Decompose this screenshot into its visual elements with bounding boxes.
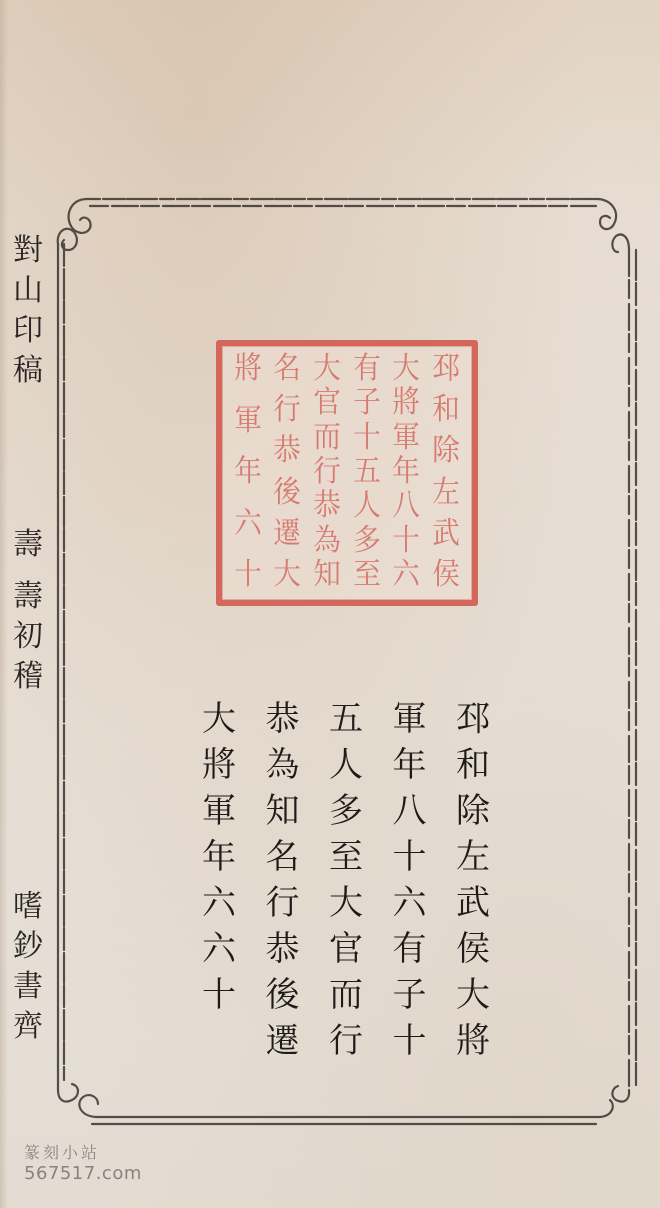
text-char: 行 [266, 886, 300, 932]
seal-column: 名 行 恭 後 遷 大 [268, 354, 308, 592]
seal-char: 六 [234, 509, 262, 541]
book-title-char: 對 [13, 236, 43, 276]
text-char: 至 [329, 840, 363, 886]
text-char: 邳 [456, 702, 490, 748]
seal-char: 軍 [234, 406, 262, 438]
text-char: 而 [329, 978, 363, 1024]
text-char: 知 [266, 794, 300, 840]
text-column: 邳 和 除 左 武 侯 大 將 [450, 702, 496, 1082]
publisher-char: 齊 [13, 1012, 43, 1052]
seal-char: 官 [313, 388, 341, 420]
text-char: 軍 [393, 702, 427, 748]
publisher-name-vertical: 嗜 鈔 書 齊 [8, 892, 48, 1052]
text-char: 大 [202, 702, 236, 748]
text-char: 名 [266, 840, 300, 886]
seal-char: 大 [393, 354, 421, 386]
text-char: 大 [456, 978, 490, 1024]
seal-column: 邳 和 除 左 武 侯 [426, 354, 466, 592]
seal-char: 十 [353, 423, 381, 455]
text-char: 有 [393, 932, 427, 978]
book-title-vertical: 對 山 印 稿 [8, 236, 48, 396]
seal-char: 人 [353, 491, 381, 523]
seal-char: 將 [393, 388, 421, 420]
text-char: 官 [329, 932, 363, 978]
publisher-char: 書 [13, 972, 43, 1012]
seal-inscription-transcription: 邳 和 除 左 武 侯 大 將 軍 年 八 十 六 有 子 十 五 人 多 至 … [196, 702, 496, 1082]
text-char: 除 [456, 794, 490, 840]
text-column: 恭 為 知 名 行 恭 後 遷 [260, 702, 306, 1082]
book-title-char: 山 [13, 276, 43, 316]
seal-char: 恭 [313, 491, 341, 523]
book-title-char: 稿 [13, 356, 43, 396]
seal-char: 子 [353, 388, 381, 420]
author-char: 稽 [13, 662, 43, 702]
text-char: 和 [456, 748, 490, 794]
seal-char: 八 [393, 491, 421, 523]
seal-char: 而 [313, 423, 341, 455]
watermark-site-name: 篆刻小站 [24, 1143, 142, 1163]
seal-char: 至 [353, 560, 381, 592]
seal-char: 年 [234, 457, 262, 489]
text-column: 軍 年 八 十 六 有 子 十 [387, 702, 433, 1082]
text-char: 大 [329, 886, 363, 932]
text-char: 將 [456, 1024, 490, 1070]
text-char: 年 [393, 748, 427, 794]
text-char: 八 [393, 794, 427, 840]
seal-char: 左 [432, 478, 460, 510]
site-watermark: 篆刻小站 567517.com [24, 1143, 142, 1186]
text-char: 遷 [266, 1024, 300, 1070]
text-char: 行 [329, 1024, 363, 1070]
red-seal-impression: 邳 和 除 左 武 侯 大 將 軍 年 八 十 六 有 子 十 五 人 多 至 … [216, 340, 478, 606]
text-column: 大 將 軍 年 六 六 十 [196, 702, 242, 1082]
text-char: 年 [202, 840, 236, 886]
seal-column: 將 軍 年 六 十 [228, 354, 268, 592]
seal-char: 十 [234, 560, 262, 592]
seal-char: 侯 [432, 560, 460, 592]
seal-char: 和 [432, 395, 460, 427]
text-char: 子 [393, 978, 427, 1024]
author-char: 初 [13, 622, 43, 662]
text-char: 六 [393, 886, 427, 932]
seal-char: 除 [432, 436, 460, 468]
seal-char: 軍 [393, 423, 421, 455]
watermark-url: 567517.com [24, 1163, 142, 1186]
seal-char: 年 [393, 457, 421, 489]
seal-char: 後 [274, 478, 302, 510]
seal-char: 大 [313, 354, 341, 386]
seal-char: 為 [313, 526, 341, 558]
text-char: 軍 [202, 794, 236, 840]
seal-char: 大 [274, 560, 302, 592]
seal-char: 十 [393, 526, 421, 558]
seal-column: 大 將 軍 年 八 十 六 [387, 354, 427, 592]
text-char: 十 [393, 1024, 427, 1070]
seal-char: 將 [234, 354, 262, 386]
text-char: 十 [393, 840, 427, 886]
author-char: 壽 [13, 582, 43, 622]
text-char: 侯 [456, 932, 490, 978]
text-char: 武 [456, 886, 490, 932]
seal-char: 行 [313, 457, 341, 489]
seal-column: 有 子 十 五 人 多 至 [347, 354, 387, 592]
text-char: 後 [266, 978, 300, 1024]
seal-char: 武 [432, 519, 460, 551]
seal-column: 大 官 而 行 恭 為 知 [307, 354, 347, 592]
seal-char: 恭 [274, 436, 302, 468]
author-name-vertical: 壽 、 壽 初 稽 [8, 530, 48, 702]
text-char: 十 [202, 978, 236, 1024]
seal-char: 六 [393, 560, 421, 592]
text-char: 多 [329, 794, 363, 840]
seal-char: 知 [313, 560, 341, 592]
author-char: 壽 [13, 530, 43, 570]
text-column: 五 人 多 至 大 官 而 行 [323, 702, 369, 1082]
seal-char: 有 [353, 354, 381, 386]
seal-char: 遷 [274, 519, 302, 551]
text-char: 恭 [266, 702, 300, 748]
book-title-char: 印 [13, 316, 43, 356]
publisher-char: 嗜 [13, 892, 43, 932]
text-char: 六 [202, 932, 236, 978]
text-char: 六 [202, 886, 236, 932]
text-char: 人 [329, 748, 363, 794]
publisher-char: 鈔 [13, 932, 43, 972]
seal-char: 五 [353, 457, 381, 489]
text-char: 為 [266, 748, 300, 794]
seal-char: 多 [353, 526, 381, 558]
seal-char: 名 [274, 354, 302, 386]
text-char: 恭 [266, 932, 300, 978]
seal-char: 邳 [432, 354, 460, 386]
text-char: 左 [456, 840, 490, 886]
seal-char: 行 [274, 395, 302, 427]
text-char: 將 [202, 748, 236, 794]
text-char: 五 [329, 702, 363, 748]
